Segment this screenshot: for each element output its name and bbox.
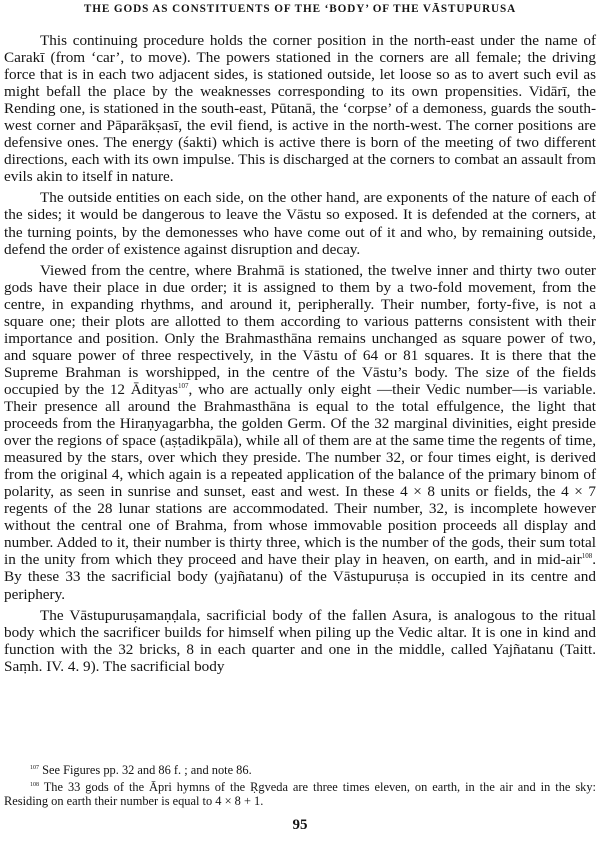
footnote-107: 107 See Figures pp. 32 and 86 f. ; and n… — [4, 763, 596, 777]
footnotes: 107 See Figures pp. 32 and 86 f. ; and n… — [4, 763, 596, 811]
footnote-ref-108[interactable]: 108 — [582, 552, 593, 560]
paragraph-vastupurusamandala: The Vāstupuruṣamaṇḍala, sacrificial body… — [4, 607, 596, 675]
footnote-text: The 33 gods of the Āpri hymns of the Ṛgv… — [4, 780, 596, 808]
paragraph-text: The outside entities on each side, on th… — [4, 189, 596, 257]
paragraph-text: , who are actually only eight —their Ved… — [4, 381, 596, 568]
footnote-marker: 108 — [30, 782, 39, 788]
footnote-marker: 107 — [30, 765, 39, 771]
paragraph-viewed-from-centre: Viewed from the centre, where Brahmā is … — [4, 262, 596, 603]
footnote-ref-107[interactable]: 107 — [178, 382, 189, 390]
paragraph-text: The Vāstupuruṣamaṇḍala, sacrificial body… — [4, 607, 596, 675]
paragraph-corner-powers: This continuing procedure holds the corn… — [4, 32, 596, 185]
book-page: THE GODS AS CONSTITUENTS OF THE ‘BODY’ O… — [0, 0, 600, 844]
page-number: 95 — [0, 817, 600, 834]
footnote-108: 108 The 33 gods of the Āpri hymns of the… — [4, 780, 596, 808]
running-head: THE GODS AS CONSTITUENTS OF THE ‘BODY’ O… — [0, 3, 600, 15]
paragraph-text: This continuing procedure holds the corn… — [4, 32, 596, 185]
paragraph-outside-entities: The outside entities on each side, on th… — [4, 189, 596, 257]
body-text: This continuing procedure holds the corn… — [4, 32, 596, 679]
footnote-text: See Figures pp. 32 and 86 f. ; and note … — [39, 763, 252, 777]
paragraph-text: Viewed from the centre, where Brahmā is … — [4, 262, 596, 398]
